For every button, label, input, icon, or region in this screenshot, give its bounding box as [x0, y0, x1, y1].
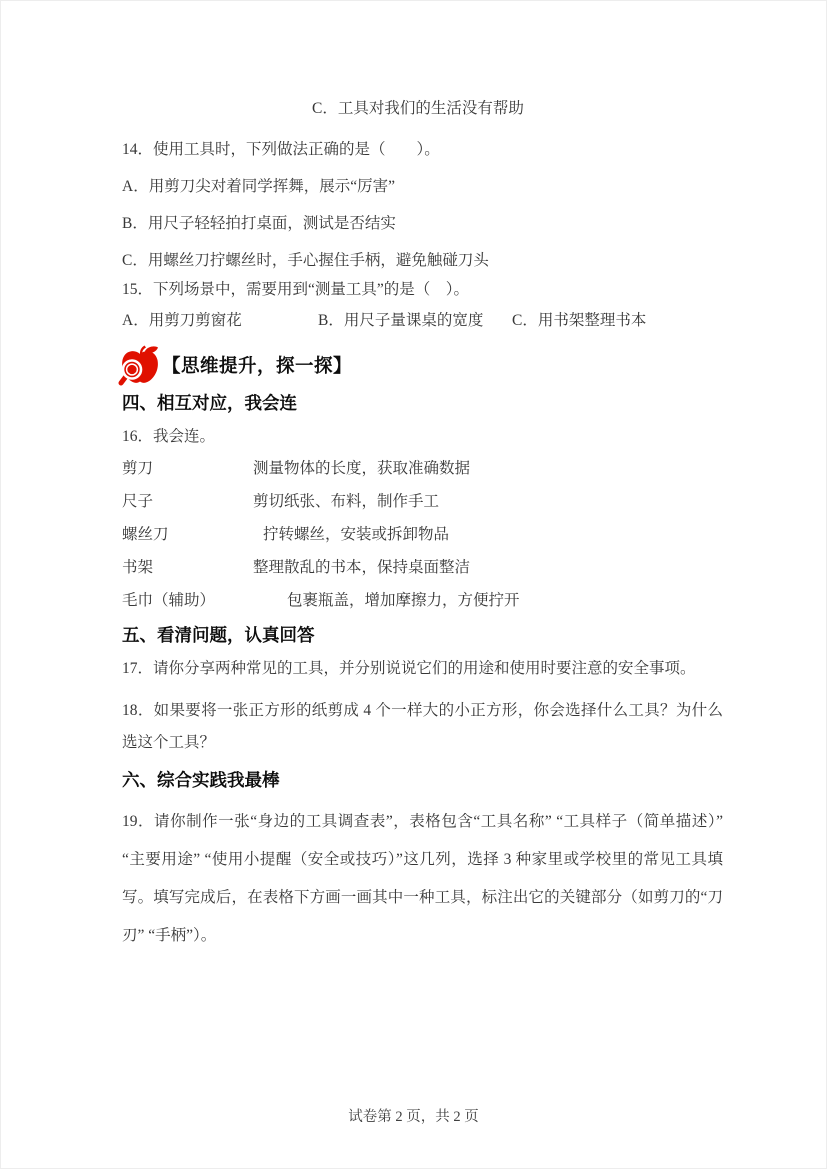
- q14-option-c: C．用螺丝刀拧螺丝时，手心握住手柄，避免触碰刀头: [122, 250, 723, 271]
- match-tool: 毛巾（辅助）: [122, 590, 253, 611]
- match-tool: 螺丝刀: [122, 524, 253, 545]
- match-use: 测量物体的长度，获取准确数据: [253, 458, 470, 479]
- q15-option-a: A．用剪刀剪窗花: [122, 310, 318, 331]
- q14-option-a: A．用剪刀尖对着同学挥舞，展示“厉害”: [122, 176, 723, 197]
- matching-row-scissors: 剪刀 测量物体的长度，获取准确数据: [122, 458, 723, 479]
- q14-option-b: B．用尺子轻轻拍打桌面，测试是否结实: [122, 213, 723, 234]
- q17-stem: 17．请你分享两种常见的工具，并分别说说它们的用途和使用时要注意的安全事项。: [122, 658, 723, 679]
- apple-magnifier-icon: [118, 344, 162, 386]
- q16-stem: 16．我会连。: [122, 426, 723, 447]
- q14-stem: 14．使用工具时，下列做法正确的是（ ）。: [122, 139, 723, 160]
- q15-option-c: C．用书架整理书本: [512, 310, 646, 331]
- q15-options-row: A．用剪刀剪窗花 B．用尺子量课桌的宽度 C．用书架整理书本: [122, 310, 723, 331]
- matching-row-towel: 毛巾（辅助） 包裹瓶盖，增加摩擦力，方便拧开: [122, 590, 723, 611]
- section-six-heading: 六、综合实践我最棒: [122, 768, 723, 792]
- q13-option-c: C．工具对我们的生活没有帮助: [312, 98, 723, 119]
- banner-label: 【思维提升，探一探】: [162, 352, 352, 378]
- match-use: 包裹瓶盖，增加摩擦力，方便拧开: [287, 590, 520, 611]
- q18-stem: 18．如果要将一张正方形的纸剪成 4 个一样大的小正方形，你会选择什么工具？为什…: [122, 695, 723, 759]
- page-content: C．工具对我们的生活没有帮助 14．使用工具时，下列做法正确的是（ ）。 A．用…: [122, 98, 723, 955]
- page-footer: 试卷第 2 页，共 2 页: [0, 1108, 827, 1127]
- section-four-heading: 四、相互对应，我会连: [122, 391, 723, 415]
- match-use: 剪切纸张、布料，制作手工: [253, 491, 439, 512]
- matching-row-bookshelf: 书架 整理散乱的书本，保持桌面整洁: [122, 557, 723, 578]
- q15-stem: 15．下列场景中，需要用到“测量工具”的是（ ）。: [122, 279, 723, 300]
- match-tool: 剪刀: [122, 458, 253, 479]
- match-use: 拧转螺丝，安装或拆卸物品: [263, 524, 449, 545]
- match-use: 整理散乱的书本，保持桌面整洁: [253, 557, 470, 578]
- q19-stem: 19．请你制作一张“身边的工具调查表”，表格包含“工具名称” “工具样子（简单描…: [122, 803, 723, 955]
- match-tool: 书架: [122, 557, 253, 578]
- thinking-banner: 【思维提升，探一探】: [118, 344, 723, 386]
- exam-page: C．工具对我们的生活没有帮助 14．使用工具时，下列做法正确的是（ ）。 A．用…: [0, 0, 827, 1169]
- section-five-heading: 五、看清问题，认真回答: [122, 623, 723, 647]
- match-tool: 尺子: [122, 491, 253, 512]
- matching-list: 剪刀 测量物体的长度，获取准确数据 尺子 剪切纸张、布料，制作手工 螺丝刀 拧转…: [122, 458, 723, 611]
- matching-row-screwdriver: 螺丝刀 拧转螺丝，安装或拆卸物品: [122, 524, 723, 545]
- q15-option-b: B．用尺子量课桌的宽度: [318, 310, 512, 331]
- matching-row-ruler: 尺子 剪切纸张、布料，制作手工: [122, 491, 723, 512]
